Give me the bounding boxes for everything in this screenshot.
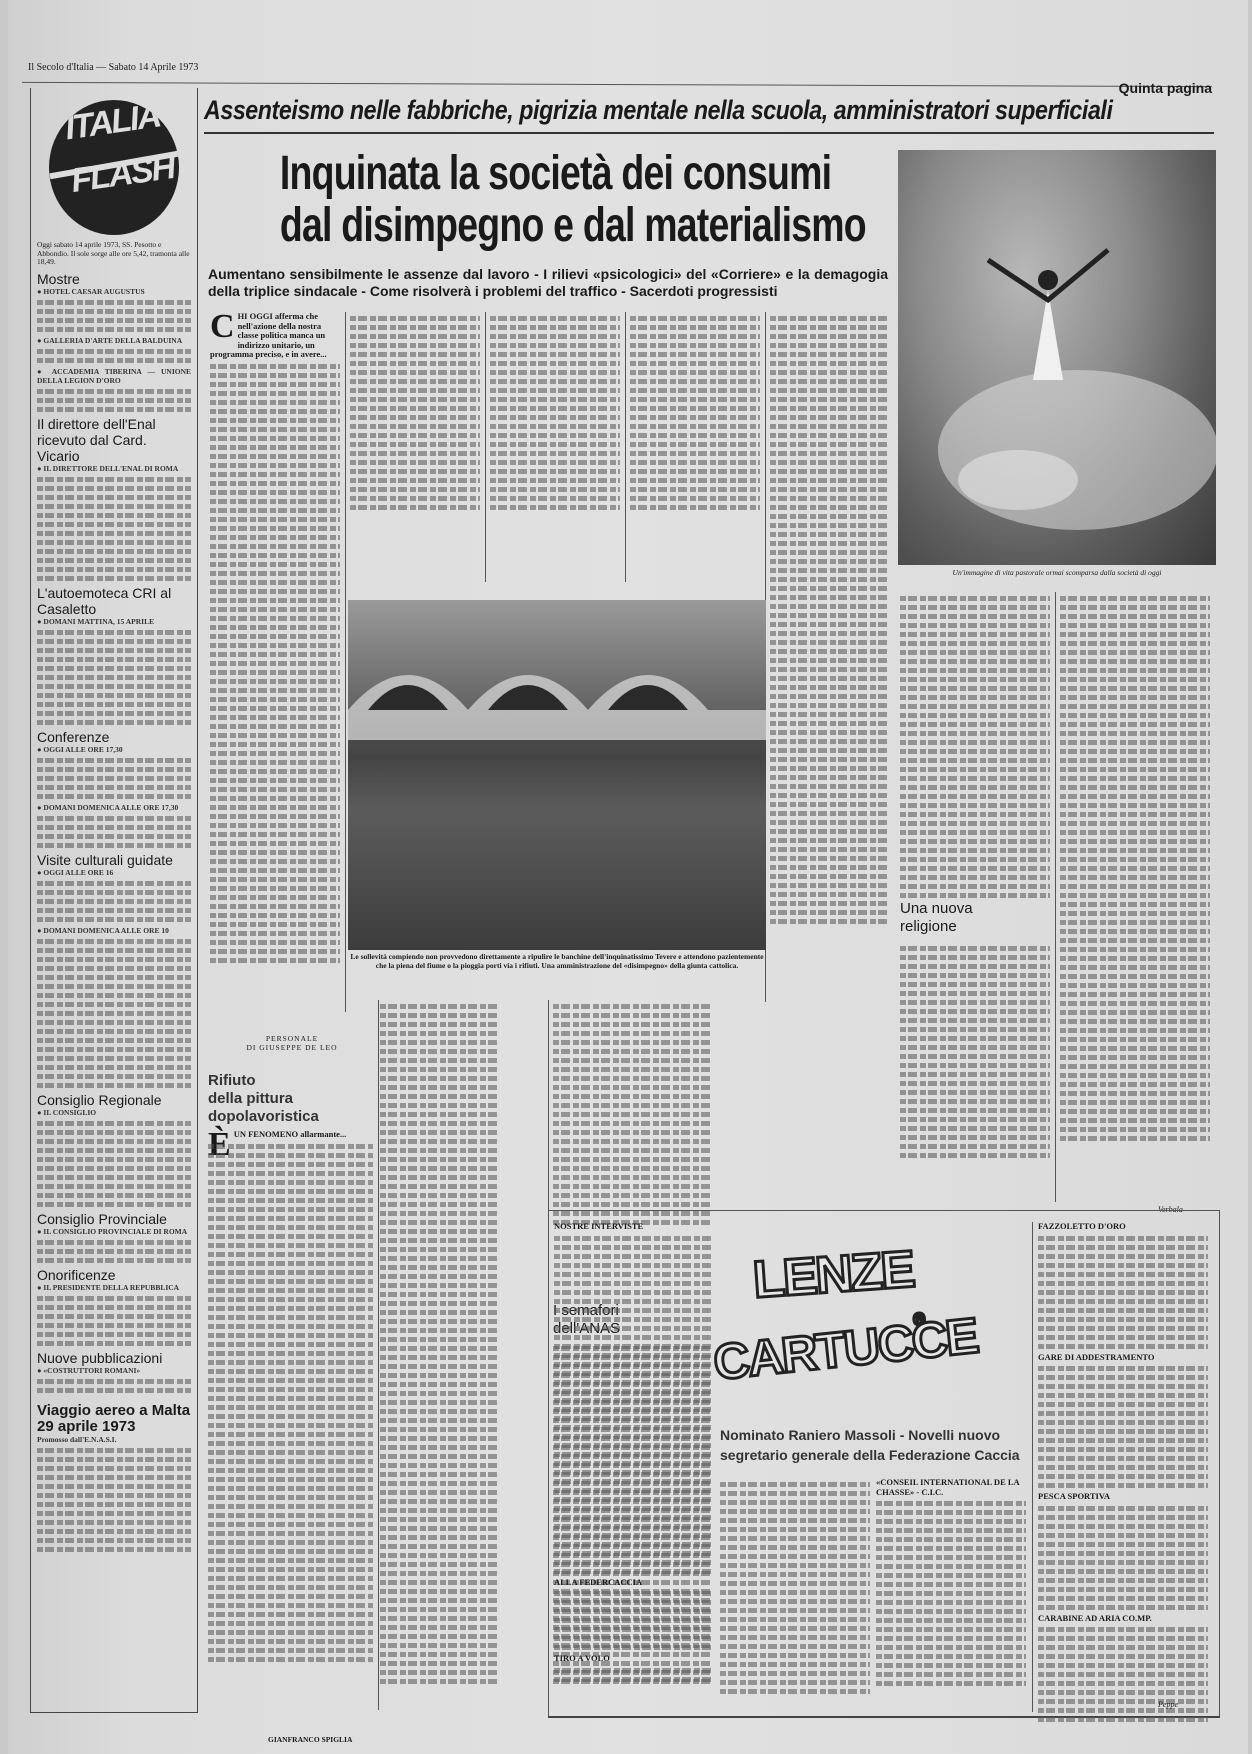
- section-title: Conferenze: [37, 729, 191, 745]
- section-item: ● DOMANI DOMENICA ALLE ORE 10: [37, 926, 191, 935]
- top-rule: [22, 82, 1212, 87]
- italia-flash-logo: ITALIA FLASH: [49, 100, 179, 235]
- section-item: ● ACCADEMIA TIBERINA — UNIONE DELLA LEGI…: [37, 367, 191, 385]
- lenze-cartucce-logo: LENZE e CARTUCCE: [713, 1235, 1023, 1420]
- subhead-nuova-religione: Una nuova religione: [900, 900, 973, 936]
- section-title: Consiglio Provinciale: [37, 1211, 191, 1227]
- section-item: ● IL CONSIGLIO: [37, 1108, 191, 1117]
- column-rule: [625, 312, 626, 582]
- column-rule: [485, 312, 486, 582]
- section-title: Il direttore dell'Enal ricevuto dal Card…: [37, 416, 191, 464]
- shepherd-sheep-photo: [898, 150, 1216, 565]
- personale-title: Rifiuto della pittura dopolavoristica: [208, 1072, 319, 1126]
- article-column-lower-2: [380, 1000, 500, 1688]
- article-column-1: C HI OGGI afferma che nell'azione della …: [210, 312, 340, 967]
- section-title: Mostre: [37, 271, 191, 287]
- personale-body: È UN FENOMENO allarmante...: [208, 1130, 373, 1666]
- dropcap: C: [210, 312, 235, 342]
- section-title: Onorificenze: [37, 1267, 191, 1283]
- section-title: Consiglio Regionale: [37, 1092, 191, 1108]
- article-column-2: [350, 312, 480, 514]
- article-column-6b: [900, 942, 1050, 1162]
- folio: Il Secolo d'Italia — Sabato 14 Aprile 19…: [28, 62, 198, 73]
- article-column-4: [630, 312, 760, 514]
- hunting-column-4: FAZZOLETTO D'ORO GARE DI ADDESTRAMENTO P…: [1038, 1222, 1208, 1726]
- sidebar-intro: Oggi sabato 14 aprile 1973, SS. Pesotto …: [37, 241, 191, 267]
- section-item: ● IL PRESIDENTE DELLA REPUBBLICA: [37, 1283, 191, 1292]
- section-item: ● DOMANI DOMENICA ALLE ORE 17,30: [37, 803, 191, 812]
- headline-deck: Aumentano sensibilmente le assenze dal l…: [208, 266, 888, 300]
- article-column-5: [770, 312, 890, 928]
- main-article-signature: GIANFRANCO SPIGLIA: [268, 1735, 352, 1744]
- feature-title: Viaggio aereo a Malta 29 aprile 1973: [37, 1403, 191, 1435]
- section-item: ● DOMANI MATTINA, 15 APRILE: [37, 617, 191, 626]
- column-rule: [345, 312, 346, 1012]
- personale-byline: PERSONALE DI GIUSEPPE DE LEO: [208, 1034, 376, 1052]
- bridge-illustration: [348, 600, 766, 950]
- logo-line2: FLASH: [71, 163, 175, 187]
- section-title: L'autoemoteca CRI al Casaletto: [37, 585, 191, 617]
- feature-lead: Promosso dall'E.N.A.S.I.: [37, 1435, 191, 1444]
- column-rule: [1055, 592, 1056, 1202]
- section-item: ● GALLERIA D'ARTE DELLA BALDUINA: [37, 336, 191, 345]
- bridge-photo-caption: Le sollevità compiendo non provvedono di…: [348, 952, 766, 970]
- page-label: Quinta pagina: [1119, 80, 1212, 96]
- article-column-6: [900, 592, 1050, 902]
- tiber-bridge-photo: [348, 600, 766, 950]
- article-column-3: [490, 312, 620, 514]
- section-title: Visite culturali guidate: [37, 852, 191, 868]
- section-item: ● IL DIRETTORE DELL'ENAL DI ROMA: [37, 464, 191, 473]
- personale-lead: UN FENOMENO allarmante...: [234, 1129, 347, 1139]
- headline-line1: Inquinata la società dei consumi: [280, 148, 818, 200]
- newspaper-page: Il Secolo d'Italia — Sabato 14 Aprile 19…: [8, 0, 1248, 1754]
- hunting-interviste-column: NOSTRE INTERVISTE ALLA FEDERCACCIA TIRO …: [554, 1222, 714, 1686]
- hunting-signature: Peppe: [1158, 1700, 1178, 1709]
- kicker-headline: Assenteismo nelle fabbriche, pigrizia me…: [204, 95, 1073, 126]
- italia-flash-sidebar: ITALIA FLASH Oggi sabato 14 aprile 1973,…: [30, 88, 198, 1713]
- logo-line1: ITALIA: [65, 111, 160, 134]
- column-rule: [378, 1000, 379, 1710]
- kicker-rule: [204, 132, 1214, 134]
- hunting-headline: Nominato Raniero Massoli - Novelli nuovo…: [720, 1425, 1030, 1465]
- headline-line2: dal disimpegno e dal materialismo: [280, 200, 818, 252]
- section-item: ● IL CONSIGLIO PROVINCIALE DI ROMA: [37, 1227, 191, 1236]
- shepherd-figure: [898, 150, 1216, 565]
- section-item: ● HOTEL CAESAR AUGUSTUS: [37, 287, 191, 296]
- main-headline: Inquinata la società dei consumi dal dis…: [280, 148, 818, 252]
- sheep-photo-caption: Un'immagine di vita pastorale ormai scom…: [898, 568, 1216, 577]
- section-item: ● OGGI ALLE ORE 16: [37, 868, 191, 877]
- column-rule: [1032, 1222, 1033, 1712]
- hunting-column-3: «CONSEIL INTERNATIONAL DE LA CHASSE» - C…: [876, 1478, 1026, 1690]
- article-column-7: [1060, 592, 1210, 1145]
- section-title: Nuove pubblicazioni: [37, 1350, 191, 1366]
- section-item: ● OGGI ALLE ORE 17,30: [37, 745, 191, 754]
- article-column-lower-3: [553, 1000, 713, 1229]
- hunting-column-2: [720, 1478, 870, 1698]
- section-item: ● «COSTRUTTORI ROMANI»: [37, 1366, 191, 1375]
